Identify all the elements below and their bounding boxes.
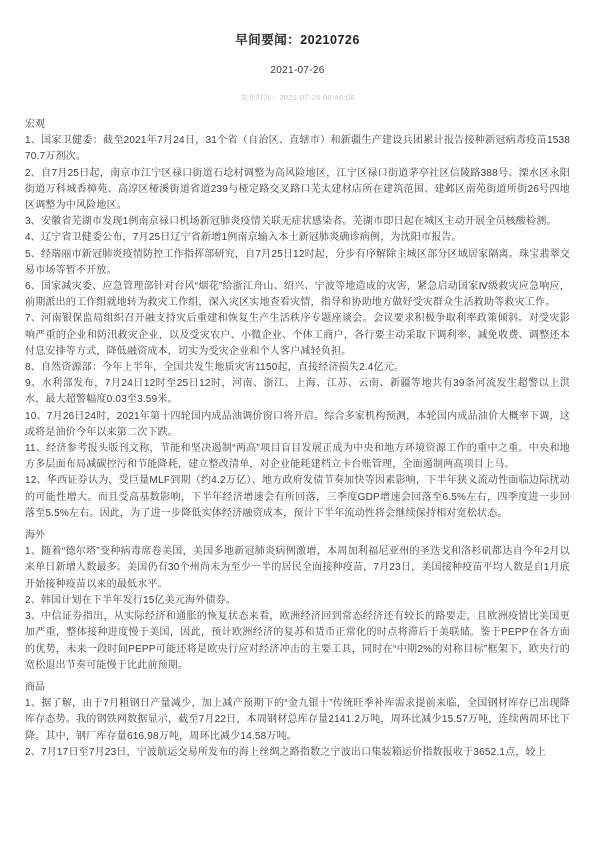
section-macro-heading: 宏观 xyxy=(25,117,570,133)
news-item: 7、河南银保监局组织召开融支持灾后重建和恢复生产生活秩序专题座谈会。会议要求积极… xyxy=(25,311,570,360)
news-item: 3、安徽省芜湖市发现1例南京禄口机场新冠肺炎疫情关联无症状感染者。芜湖市即日起在… xyxy=(25,214,570,230)
document-date: 2021-07-26 xyxy=(25,65,570,76)
news-item: 2、7月17日至7月23日，宁波航运交易所发布的海上丝绸之路指数之宁波出口集装箱… xyxy=(25,745,570,761)
section-commodities: 商品 1、据了解，由于7月粗钢日产量减少，加上减产预期下的“金九银十”传统旺季补… xyxy=(25,680,570,761)
news-item: 1、随着“德尔塔”变种病毒席卷美国，美国多地新冠肺炎病例激增，本周加利福尼亚州的… xyxy=(25,544,570,593)
publish-time-label: 发布时间： xyxy=(240,93,279,102)
document-page: 早间要闻：20210726 2021-07-26 发布时间：2021-07-26… xyxy=(0,0,595,842)
news-item: 10、7月26日24时，2021年第十四轮国内成品油调价窗口将开启。综合多家机构… xyxy=(25,409,570,441)
news-item: 2、韩国计划在下半年发行15亿美元海外债券。 xyxy=(25,593,570,609)
section-overseas-heading: 海外 xyxy=(25,528,570,544)
news-item: 6、国家减灾委、应急管理部针对台风“烟花”给浙江舟山、绍兴、宁波等地造成的灾害，… xyxy=(25,279,570,311)
news-item: 1、据了解，由于7月粗钢日产量减少，加上减产预期下的“金九银十”传统旺季补库需求… xyxy=(25,696,570,745)
news-item: 5、经瑞丽市新冠肺炎疫情防控工作指挥部研究，自7月25日12时起，分步有序解除主… xyxy=(25,247,570,279)
news-item: 11、经济参考报头版刊文称，节能和坚决遏制“两高”项目盲目发展正成为中央和地方环… xyxy=(25,441,570,473)
section-macro: 宏观 1、国家卫健委：截至2021年7月24日，31个省（自治区、直辖市）和新疆… xyxy=(25,117,570,522)
news-item: 1、国家卫健委：截至2021年7月24日，31个省（自治区、直辖市）和新疆生产建… xyxy=(25,133,570,165)
section-overseas: 海外 1、随着“德尔塔”变种病毒席卷美国，美国多地新冠肺炎病例激增，本周加利福尼… xyxy=(25,528,570,674)
news-item: 12、华西证券认为，受巨量MLF到期（约4.2万亿）、地方政府发债节奏加快等因素… xyxy=(25,473,570,522)
news-item: 9、水利部发布，7月24日12时至25日12时，河南、浙江、上海、江苏、云南、新… xyxy=(25,376,570,408)
news-item: 8、自然资源部：今年上半年，全国共发生地质灾害1150起，直接经济损失2.4亿元… xyxy=(25,360,570,376)
publish-time-line: 发布时间：2021-07-26 08:46:06 xyxy=(25,92,570,103)
document-title: 早间要闻：20210726 xyxy=(25,30,570,48)
section-commodities-heading: 商品 xyxy=(25,680,570,696)
news-item: 2、自7月25日起，南京市江宁区禄口街道石埝村调整为高风险地区，江宁区禄口街道茅… xyxy=(25,166,570,215)
news-item: 4、辽宁省卫健委公布，7月25日辽宁省新增1例南京输入本土新冠肺炎确诊病例，为沈… xyxy=(25,230,570,246)
news-item: 3、中信证券指出，从实际经济和通胀的恢复状态来看，欧洲经济回到常态经济还有较长的… xyxy=(25,609,570,674)
publish-time-value: 2021-07-26 08:46:06 xyxy=(279,93,354,102)
